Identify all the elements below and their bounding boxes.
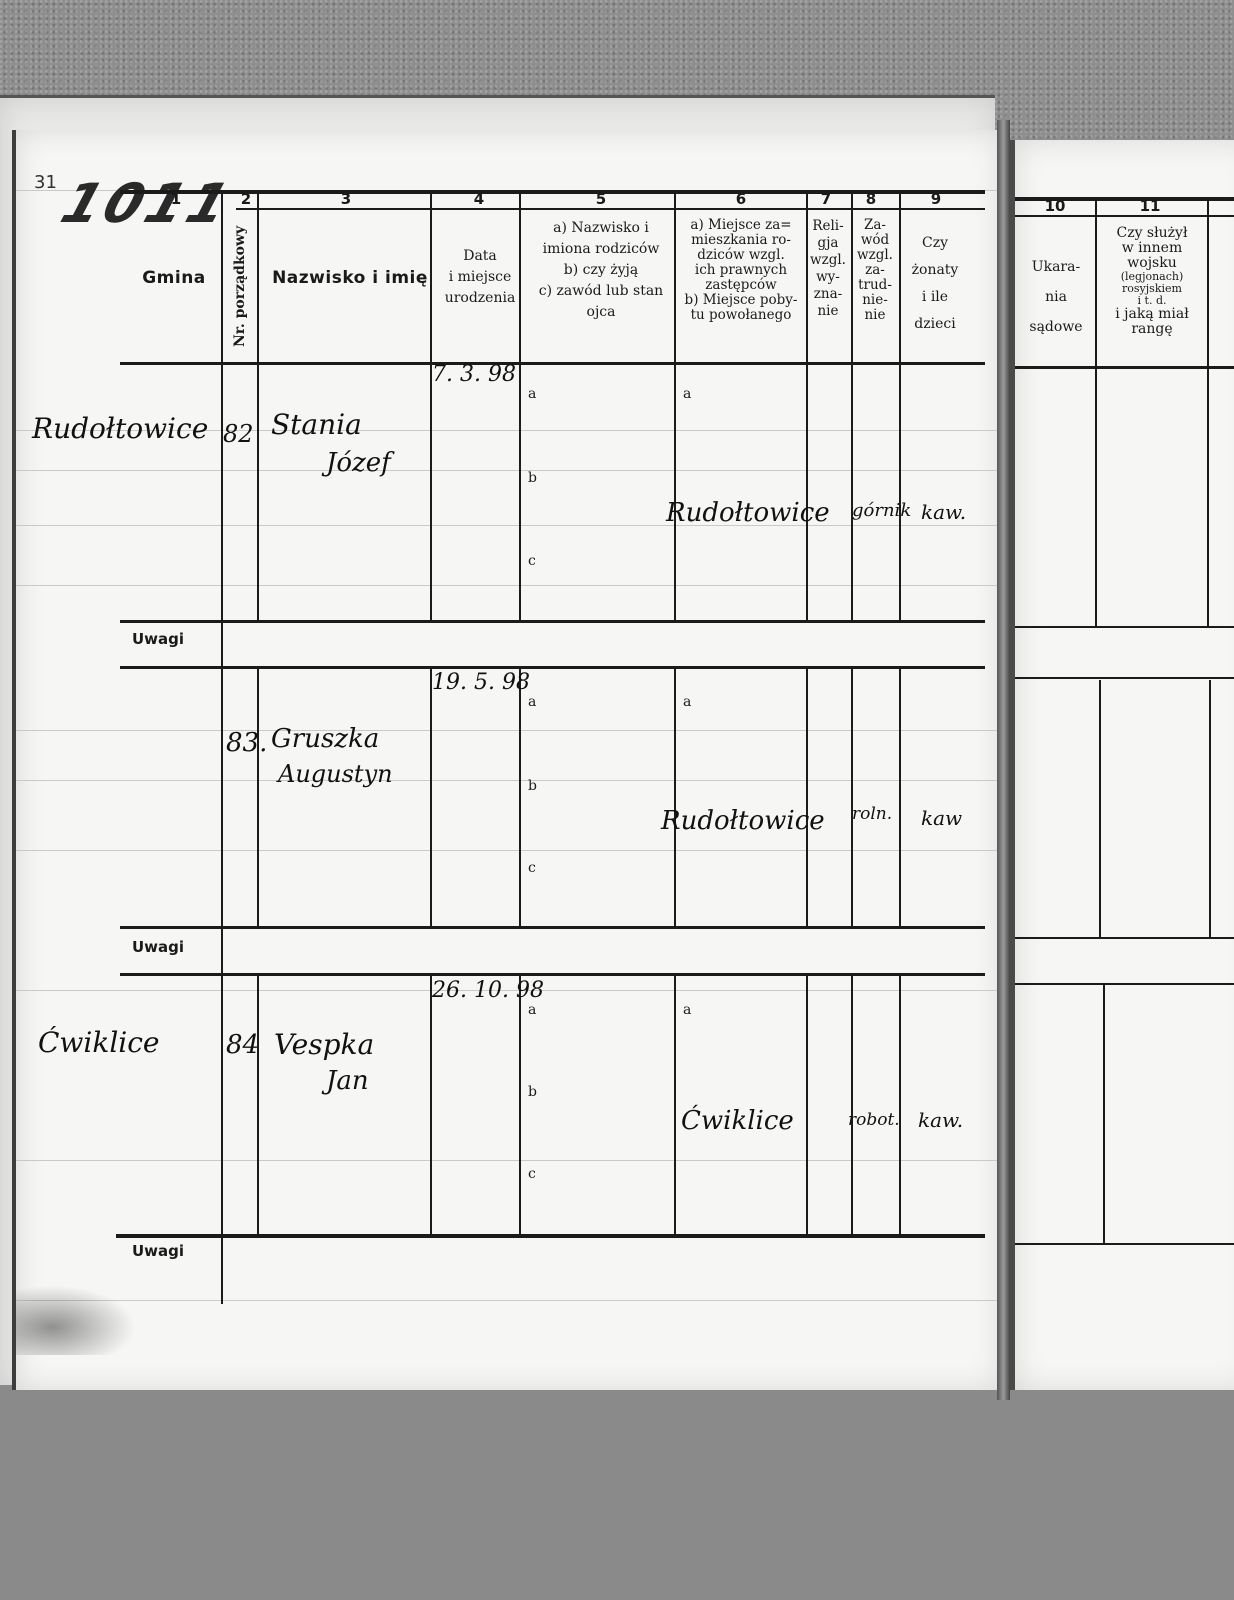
row-rule [1015,626,1234,628]
column-divider [257,194,259,620]
entry-2-occupation: roln. [852,804,892,824]
entry-1-gmina: Rudołtowice [32,412,208,445]
entry-3-first-name: Jan [326,1066,369,1096]
book-binding [997,120,1010,1400]
column-divider [430,194,432,620]
column-divider [257,668,259,926]
header-line: Data [434,248,526,265]
header-line: b) Miejsce poby- [674,293,808,308]
header-line: Czy [900,230,970,257]
column-divider [519,976,521,1234]
header-line: imiona rodziców [521,239,681,260]
column-divider [674,194,676,620]
header-line: wy- [806,269,850,286]
column-divider [221,194,223,1304]
row-rule [1015,677,1234,679]
header-religia: Reli- gja wzgl. wy- zna- nie [806,218,850,320]
header-line: dzieci [900,311,970,338]
header-ukarania-sadowe: Ukara- nia sądowe [1015,252,1097,342]
column-number-4: 4 [459,190,499,208]
header-gmina: Gmina [124,270,224,287]
header-line: wzgl. [806,252,850,269]
entry-1-residence: Rudołtowice [666,498,830,528]
column-number-11: 11 [1130,197,1170,215]
header-line: c) zawód lub stan [521,281,681,302]
remarks-label-2: Uwagi [132,938,184,956]
header-line: wojsku [1097,256,1207,271]
row-rule [1015,937,1234,939]
column-divider [674,668,676,926]
marker-c: c [528,553,536,569]
header-line: a) Nazwisko i [521,218,681,239]
marker-a: a [683,1002,691,1018]
register-right-page: 10 11 Ukara- nia sądowe Czy służył w inn… [1010,140,1234,1390]
entry-1-marital: kaw. [921,500,966,524]
entry-2-marital: kaw [921,806,962,830]
column-number-10: 10 [1035,197,1075,215]
header-miejsce-zamieszkania: a) Miejsce za= mieszkania ro- dziców wzg… [674,218,808,323]
header-bottom-rule [120,362,985,365]
header-line: nie [806,303,850,320]
column-divider [1099,680,1101,938]
entry-2-surname: Gruszka [271,724,379,754]
header-rodzice: a) Nazwisko i imiona rodziców b) czy żyj… [521,218,681,323]
entry-3-nr: 84 [226,1030,259,1060]
header-line: zastępców [674,278,808,293]
column-divider [519,668,521,926]
column-number-5: 5 [581,190,621,208]
row-rule [1015,1243,1234,1245]
entry-1-first-name: Józef [326,448,391,478]
header-line: tu powołanego [674,308,808,323]
row-rule [120,926,985,929]
entry-2-first-name: Augustyn [278,760,393,788]
register-left-page: 31 1011 1 2 3 4 5 6 7 8 9 Gmina Nr. porz… [12,130,1001,1390]
page-mark: 31 [34,172,57,193]
header-line: i miejsce [434,269,526,286]
header-line: i ile [900,284,970,311]
header-line: i jaką miał [1097,307,1207,322]
header-line: nie [852,308,898,323]
entry-3-residence: Ćwiklice [681,1106,794,1136]
entry-1-occupation: górnik [852,500,911,521]
background-surface [0,1385,1234,1600]
entry-2-nr: 83. [226,728,267,758]
header-bottom-rule [1015,366,1234,369]
header-line: a) Miejsce za= [674,218,808,233]
header-line: mieszkania ro- [674,233,808,248]
header-line: Ukara- [1015,252,1097,282]
header-line: nie- [852,293,898,308]
column-divider [899,976,901,1234]
header-line: gja [806,235,850,252]
entry-3-gmina: Ćwiklice [38,1026,159,1059]
column-number-2: 2 [226,190,266,208]
column-divider [806,976,808,1234]
header-czy-sluzyl: Czy służył w innem wojsku (legjonach) ro… [1097,226,1207,337]
header-line: zna- [806,286,850,303]
marker-b: b [528,778,537,794]
column-divider [430,668,432,926]
column-divider [519,194,521,620]
header-line: b) czy żyją [521,260,681,281]
header-line: rangę [1097,322,1207,337]
column-divider [1095,201,1097,626]
entry-3-surname: Vespka [274,1028,374,1061]
marker-a: a [683,386,691,402]
header-line: żonaty [900,257,970,284]
column-divider [851,194,853,620]
column-divider [1207,201,1209,626]
header-czy-zonaty: Czy żonaty i ile dzieci [900,230,970,338]
header-nr-porzadkowy: Nr. porządkowy [232,212,254,360]
column-number-7: 7 [811,190,841,208]
column-divider [430,976,432,1234]
marker-c: c [528,1166,536,1182]
marker-a: a [683,694,691,710]
column-divider [806,194,808,620]
column-divider [674,976,676,1234]
column-divider [1209,680,1211,938]
column-number-1: 1 [156,190,196,208]
entry-3-occupation: robot. [848,1110,900,1130]
entry-3-birth-date: 26. 10. 98 [432,978,544,1003]
header-line: za- [852,263,898,278]
row-rule [120,620,985,623]
column-divider [851,976,853,1234]
column-number-rule [236,208,985,210]
column-number-rule [1015,215,1234,217]
column-divider [851,668,853,926]
column-number-3: 3 [326,190,366,208]
entry-1-surname: Stania [271,408,362,441]
entry-1-nr: 82 [223,420,254,448]
header-line: Reli- [806,218,850,235]
header-line: sądowe [1015,312,1097,342]
header-line: dziców wzgl. [674,248,808,263]
header-nazwisko-imie: Nazwisko i imię [261,270,439,287]
header-line: urodzenia [434,290,526,307]
marker-a: a [528,1002,536,1018]
remarks-label-3: Uwagi [132,1242,184,1260]
remarks-label-1: Uwagi [132,630,184,648]
row-rule [120,666,985,669]
column-number-6: 6 [721,190,761,208]
header-line: w innem [1097,241,1207,256]
column-number-8: 8 [856,190,886,208]
marker-a: a [528,386,536,402]
marker-b: b [528,1084,537,1100]
entry-2-birth-date: 19. 5. 98 [432,670,530,695]
entry-2-residence: Rudołtowice [661,806,825,836]
header-line: Za- [852,218,898,233]
header-line: Czy służył [1097,226,1207,241]
page-stain [16,1285,136,1355]
row-rule [1015,983,1234,985]
column-divider [899,668,901,926]
column-divider [806,668,808,926]
column-divider [257,976,259,1234]
header-line: ich prawnych [674,263,808,278]
header-line: nia [1015,282,1097,312]
marker-a: a [528,694,536,710]
header-line: wzgl. [852,248,898,263]
marker-b: b [528,470,537,486]
header-line: ojca [521,302,681,323]
row-rule [120,973,985,976]
entry-1-birth-date: 7. 3. 98 [432,362,516,387]
column-divider [1103,985,1105,1243]
header-line: trud- [852,278,898,293]
column-divider [899,194,901,620]
row-rule [116,1234,985,1238]
header-data-urodzenia: Data i miejsce urodzenia [434,248,526,307]
header-zawod: Za- wód wzgl. za- trud- nie- nie [852,218,898,323]
header-line: wód [852,233,898,248]
column-number-9: 9 [921,190,951,208]
entry-3-marital: kaw. [918,1108,963,1132]
reference-number: 1011 [54,172,241,235]
marker-c: c [528,860,536,876]
